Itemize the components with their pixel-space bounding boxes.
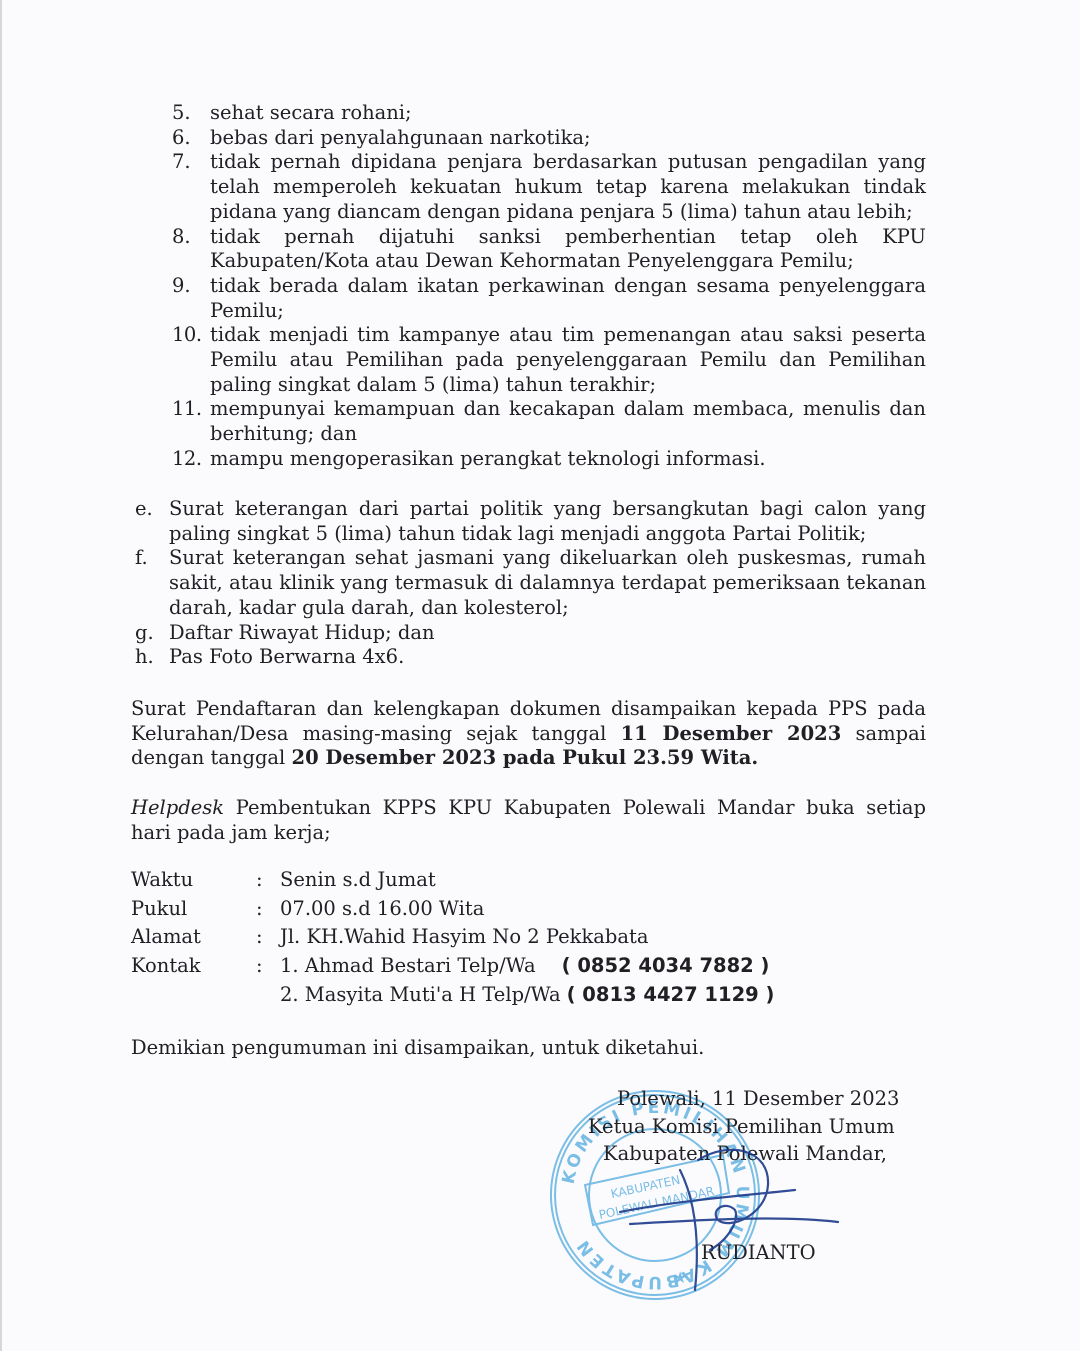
helpdesk-paragraph: Helpdesk Pembentukan KPPS KPU Kabupaten … [131,796,926,845]
signature-block: Polewali, 11 Desember 2023 Ketua Komisi … [588,1085,928,1168]
info-row-kontak: Kontak:1. Ahmad Bestari Telp/Wa( 0852 40… [131,952,774,981]
requirements-numbered-list: 5.sehat secara rohani; 6.bebas dari peny… [172,101,926,472]
list-item: f.Surat keterangan sehat jasmani yang di… [135,546,926,620]
page-edge [0,0,2,1351]
list-item: 10.tidak menjadi tim kampanye atau tim p… [172,323,926,397]
svg-text:KABUPATEN: KABUPATEN [609,1173,681,1201]
svg-text:★: ★ [673,1268,687,1287]
closing-paragraph: Demikian pengumuman ini disampaikan, unt… [131,1036,926,1061]
end-date: 20 Desember 2023 pada Pukul 23.59 Wita. [292,746,759,769]
signatory-title: Ketua Komisi Pemilihan Umum [588,1113,928,1141]
contact-name: 2. Masyita Muti'a H Telp/Wa [280,981,561,1010]
info-row-waktu: Waktu:Senin s.d Jumat [131,866,774,895]
info-row-alamat: Alamat:Jl. KH.Wahid Hasyim No 2 Pekkabat… [131,923,774,952]
contact-phone: ( 0852 4034 7882 ) [562,952,770,981]
submission-paragraph: Surat Pendaftaran dan kelengkapan dokume… [131,697,926,771]
list-item: 12.mampu mengoperasikan perangkat teknol… [172,447,926,472]
info-row-kontak-2: 2. Masyita Muti'a H Telp/Wa( 0813 4427 1… [131,981,774,1010]
list-item: e.Surat keterangan dari partai politik y… [135,497,926,546]
start-date: 11 Desember 2023 [621,722,842,745]
svg-text:POLEWALI MANDAR: POLEWALI MANDAR [598,1184,716,1222]
documents-lettered-list: e.Surat keterangan dari partai politik y… [135,497,926,670]
contact-name: 1. Ahmad Bestari Telp/Wa [280,952,536,981]
place-date: Polewali, 11 Desember 2023 [588,1085,928,1113]
list-item: 5.sehat secara rohani; [172,101,926,126]
signatory-office: Kabupaten Polewali Mandar, [588,1140,928,1168]
list-item: 9.tidak berada dalam ikatan perkawinan d… [172,274,926,323]
list-item: g.Daftar Riwayat Hidup; dan [135,621,926,646]
info-row-pukul: Pukul:07.00 s.d 16.00 Wita [131,895,774,924]
list-item: 6.bebas dari penyalahgunaan narkotika; [172,126,926,151]
list-item: 7.tidak pernah dipidana penjara berdasar… [172,150,926,224]
list-item: 8.tidak pernah dijatuhi sanksi pemberhen… [172,225,926,274]
list-item: h.Pas Foto Berwarna 4x6. [135,645,926,670]
contact-phone: ( 0813 4427 1129 ) [567,981,775,1010]
list-item: 11.mempunyai kemampuan dan kecakapan dal… [172,397,926,446]
signatory-name: RUDIANTO [701,1239,816,1267]
helpdesk-info-table: Waktu:Senin s.d Jumat Pukul:07.00 s.d 16… [131,866,774,1009]
